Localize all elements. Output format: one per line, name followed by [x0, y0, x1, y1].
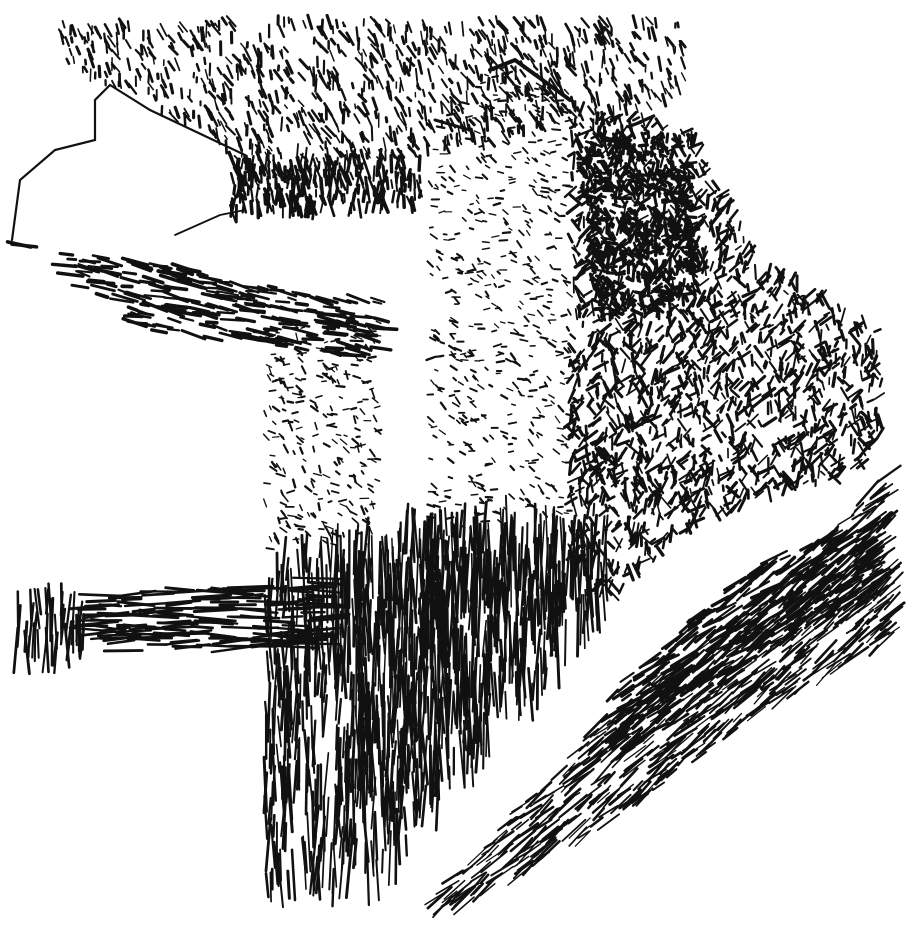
- ink-drawing-canvas: [0, 0, 907, 928]
- ink-drawing: [0, 0, 907, 928]
